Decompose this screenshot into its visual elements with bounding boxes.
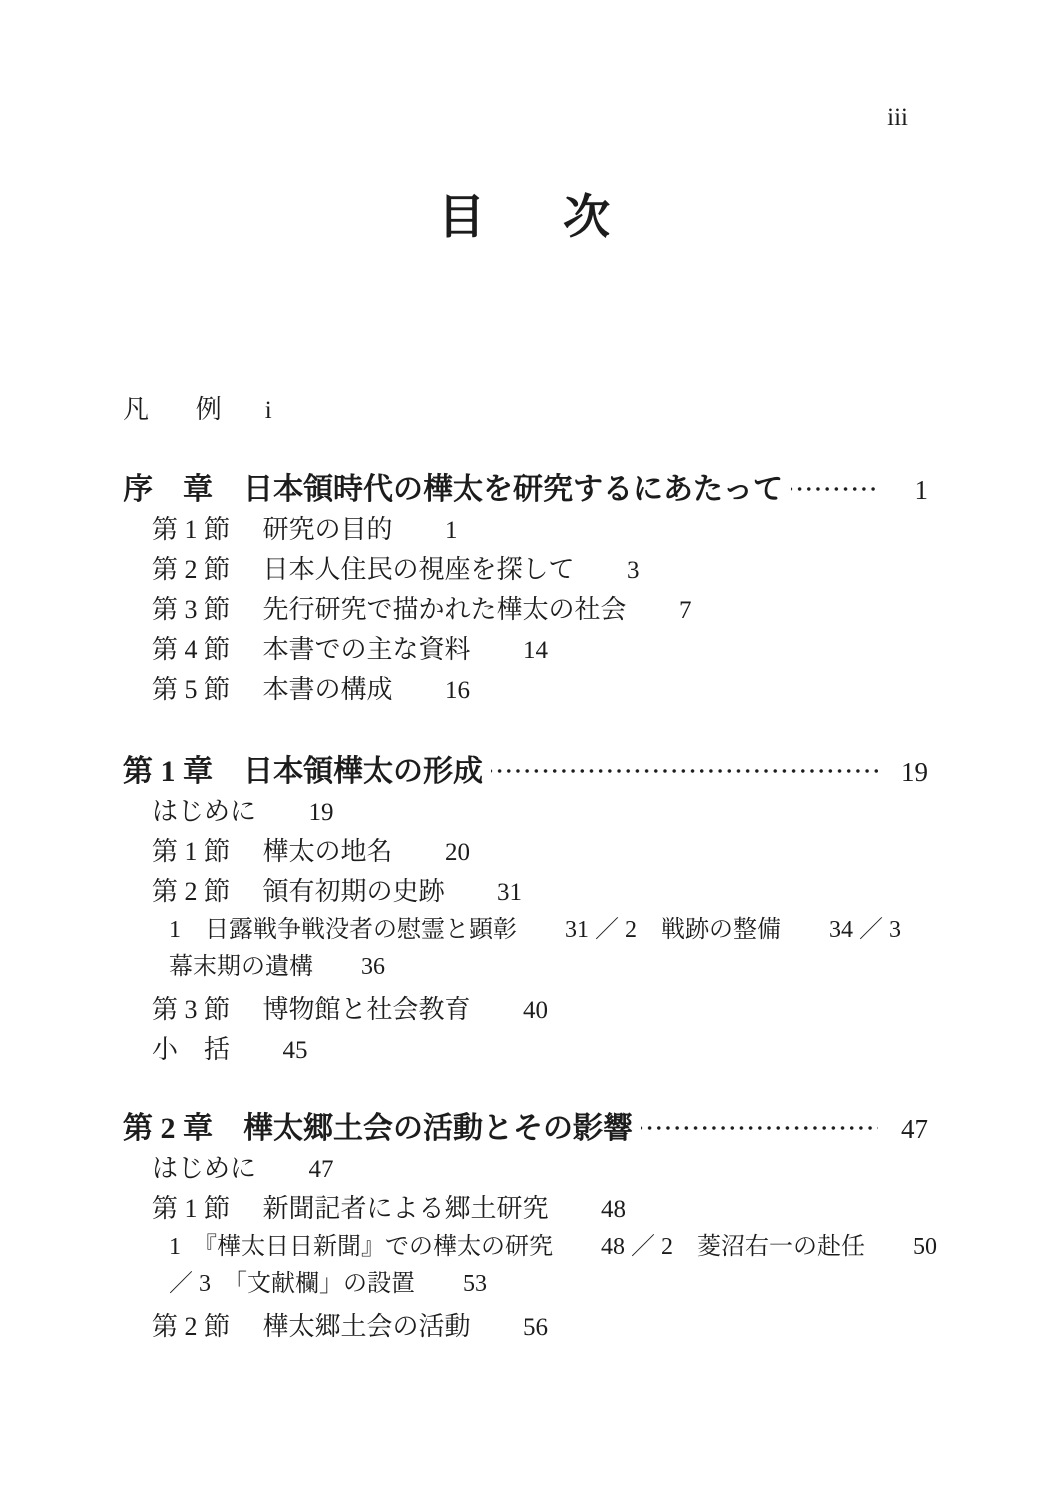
chapter-label: 第 1 章 [123,752,213,792]
entry-page-number: 48 [601,1196,626,1223]
entry-label: 第 1 節 [152,515,230,544]
toc-content: 凡 例 i 序 章 日本領時代の樺太を研究するにあたって 1 第 1 節 研究の… [123,390,928,1347]
entry-page-number: 19 [309,799,334,826]
entry-label: 第 3 節 [152,995,230,1024]
sub-entry-line: 1 日露戦争戦没者の慰霊と顕彰 31 ／ 2 戦跡の整備 34 ／ 3 [169,912,928,949]
chapter-page-number: 1 [884,470,928,510]
entry-page-number: 1 [445,517,458,544]
toc-title: 目 次 [0,190,1048,246]
chapter-heading: 第 1 章 日本領樺太の形成 19 [123,752,928,792]
entry-title: 本書の構成 [263,675,393,704]
chapter-label: 序 章 [123,470,213,510]
toc-sub-entry: 1 『樺太日日新聞』での樺太の研究 48 ／ 2 菱沼右一の赴任 50 ／ 3 … [123,1229,928,1303]
entry-page-number: 7 [679,597,692,624]
toc-entry: 第 2 節 樺太郷土会の活動 56 [123,1307,928,1347]
sub-entry-line: 1 『樺太日日新聞』での樺太の研究 48 ／ 2 菱沼右一の赴任 50 [169,1229,928,1266]
dot-leader [491,761,878,781]
toc-entry: 第 4 節 本書での主な資料 14 [123,630,928,670]
entry-page-number: 16 [445,677,470,704]
toc-entry: はじめに 47 [123,1149,928,1189]
toc-entry: 第 1 節 研究の目的 1 [123,510,928,550]
entry-page-number: 20 [445,839,470,866]
entry-label: 第 2 節 [152,555,230,584]
toc-page: iii 目 次 凡 例 i 序 章 日本領時代の樺太を研究するにあたって 1 第… [0,0,1048,1488]
toc-entry: はじめに 19 [123,792,928,832]
page-folio: iii [887,104,908,132]
front-matter-page-number: i [265,397,272,424]
entry-title: 領有初期の史跡 [263,877,445,906]
dot-leader [641,1118,878,1138]
entry-title: はじめに [152,797,256,826]
entry-page-number: 40 [523,997,548,1024]
toc-entry: 第 3 節 先行研究で描かれた樺太の社会 7 [123,590,928,630]
chapter-page-number: 19 [884,752,928,792]
entry-page-number: 3 [627,557,640,584]
entry-title: 研究の目的 [263,515,393,544]
entry-label: 第 2 節 [152,1312,230,1341]
toc-entry: 第 5 節 本書の構成 16 [123,670,928,710]
toc-entry: 第 2 節 日本人住民の視座を探して 3 [123,550,928,590]
entry-title: 樺太郷土会の活動 [263,1312,471,1341]
entry-label: 第 4 節 [152,635,230,664]
dot-leader [791,479,878,499]
entry-title: 新聞記者による郷土研究 [263,1194,549,1223]
toc-sub-entry: 1 日露戦争戦没者の慰霊と顕彰 31 ／ 2 戦跡の整備 34 ／ 3 幕末期の… [123,912,928,986]
entry-title: 先行研究で描かれた樺太の社会 [263,595,627,624]
entry-label: 第 5 節 [152,675,230,704]
entry-label: 第 2 節 [152,877,230,906]
chapter-title: 日本領時代の樺太を研究するにあたって [243,470,783,510]
entry-page-number: 47 [309,1156,334,1183]
entry-page-number: 45 [283,1037,308,1064]
chapter-title: 日本領樺太の形成 [243,752,483,792]
front-matter-label: 凡 例 [123,395,232,424]
entry-title: 本書での主な資料 [263,635,471,664]
entry-title: 樺太の地名 [263,837,393,866]
chapter-heading: 序 章 日本領時代の樺太を研究するにあたって 1 [123,470,928,510]
sub-entry-line: 幕末期の遺構 36 [169,949,928,986]
entry-page-number: 56 [523,1314,548,1341]
toc-entry: 小 括 45 [123,1030,928,1070]
entry-label: 第 1 節 [152,837,230,866]
entry-title: 博物館と社会教育 [263,995,471,1024]
chapter-page-number: 47 [884,1109,928,1149]
entry-label: 第 1 節 [152,1194,230,1223]
front-matter-line: 凡 例 i [123,390,928,430]
entry-title: 日本人住民の視座を探して [263,555,575,584]
toc-entry: 第 1 節 新聞記者による郷土研究 48 [123,1189,928,1229]
entry-label: 第 3 節 [152,595,230,624]
chapter-title: 樺太郷土会の活動とその影響 [243,1109,633,1149]
toc-entry: 第 1 節 樺太の地名 20 [123,832,928,872]
entry-title: 小 括 [152,1035,230,1064]
chapter-heading: 第 2 章 樺太郷土会の活動とその影響 47 [123,1109,928,1149]
entry-title: はじめに [152,1154,256,1183]
entry-page-number: 14 [523,637,548,664]
sub-entry-line: ／ 3 「文献欄」の設置 53 [169,1266,928,1303]
chapter-label: 第 2 章 [123,1109,213,1149]
toc-entry: 第 3 節 博物館と社会教育 40 [123,990,928,1030]
toc-entry: 第 2 節 領有初期の史跡 31 [123,872,928,912]
entry-page-number: 31 [497,879,522,906]
